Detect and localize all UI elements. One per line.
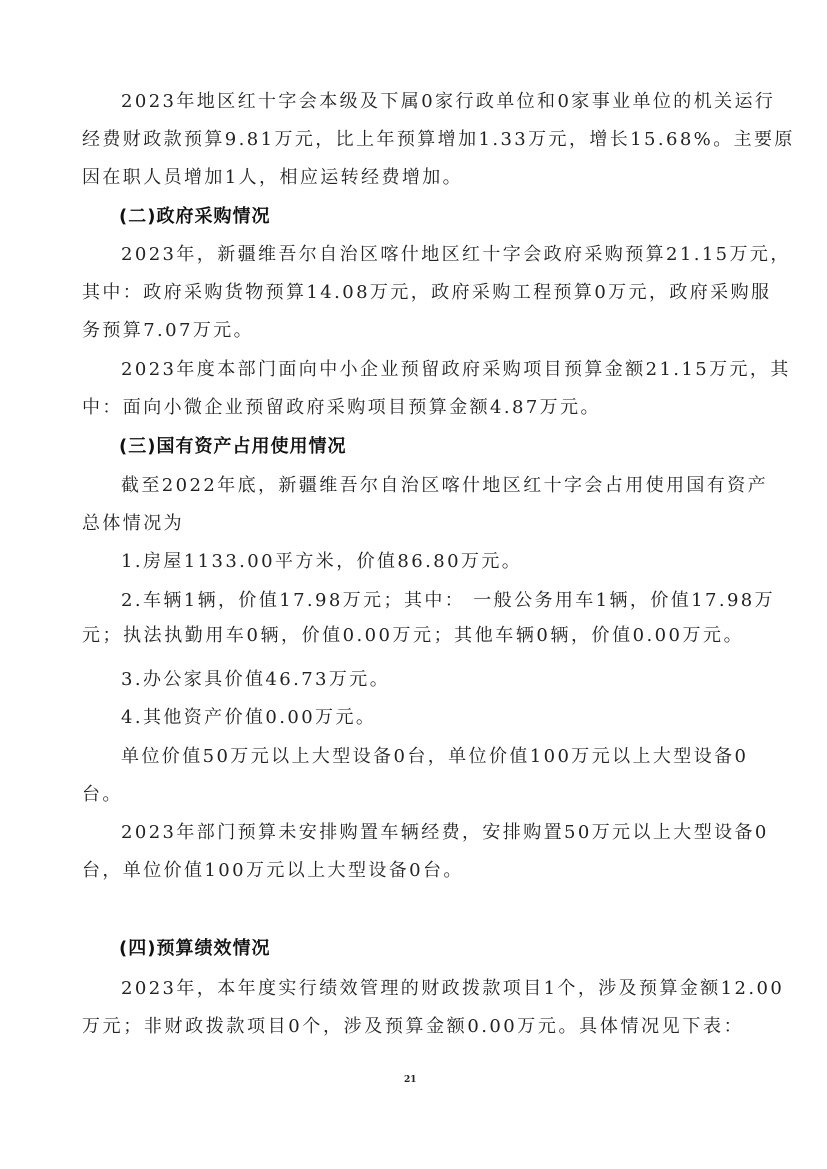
text-line: 截至2022年底，新疆维吾尔自治区喀什地区红十字会占用使用国有资产 bbox=[121, 474, 744, 498]
text-line: 台，单位价值100万元以上大型设备0台。 bbox=[82, 859, 744, 883]
section-heading-performance: (四)预算绩效情况 bbox=[119, 937, 270, 961]
document-page: 2023年地区红十字会本级及下属0家行政单位和0家事业单位的机关运行 经费财政款… bbox=[0, 0, 827, 1169]
text-line: 2023年，本年度实行绩效管理的财政拨款项目1个，涉及预算金额12.00 bbox=[121, 977, 744, 1001]
text-line: 万元；非财政拨款项目0个，涉及预算金额0.00万元。具体情况见下表： bbox=[82, 1015, 744, 1039]
text-line: 中：面向小微企业预留政府采购项目预算金额4.87万元。 bbox=[82, 396, 744, 420]
text-line: 单位价值50万元以上大型设备0台，单位价值100万元以上大型设备0 bbox=[121, 745, 744, 769]
page-number: 21 bbox=[404, 1074, 417, 1086]
text-line: 总体情况为 bbox=[82, 512, 744, 536]
text-line: 元；执法执勤用车0辆，价值0.00万元；其他车辆0辆，价值0.00万元。 bbox=[82, 624, 744, 648]
text-line: 4.其他资产价值0.00万元。 bbox=[121, 706, 744, 730]
text-line: 3.办公家具价值46.73万元。 bbox=[121, 668, 744, 692]
text-line: 务预算7.07万元。 bbox=[82, 319, 744, 343]
text-line: 其中：政府采购货物预算14.08万元，政府采购工程预算0万元，政府采购服 bbox=[82, 281, 744, 305]
text-line: 2.车辆1辆，价值17.98万元；其中： 一般公务用车1辆，价值17.98万 bbox=[121, 589, 744, 613]
text-line: 经费财政款预算9.81万元，比上年预算增加1.33万元，增长15.68%。主要原 bbox=[82, 128, 744, 152]
text-line: 2023年部门预算未安排购置车辆经费，安排购置50万元以上大型设备0 bbox=[121, 821, 744, 845]
text-line: 台。 bbox=[82, 783, 744, 807]
text-line: 1.房屋1133.00平方米，价值86.80万元。 bbox=[121, 550, 744, 574]
text-line: 2023年，新疆维吾尔自治区喀什地区红十字会政府采购预算21.15万元， bbox=[121, 243, 744, 267]
text-line: 2023年度本部门面向中小企业预留政府采购项目预算金额21.15万元，其 bbox=[121, 358, 744, 382]
text-line: 2023年地区红十字会本级及下属0家行政单位和0家事业单位的机关运行 bbox=[121, 90, 744, 114]
section-heading-gov-procurement: (二)政府采购情况 bbox=[119, 205, 270, 229]
text-line: 因在职人员增加1人，相应运转经费增加。 bbox=[82, 166, 744, 190]
section-heading-state-assets: (三)国有资产占用使用情况 bbox=[119, 435, 346, 459]
